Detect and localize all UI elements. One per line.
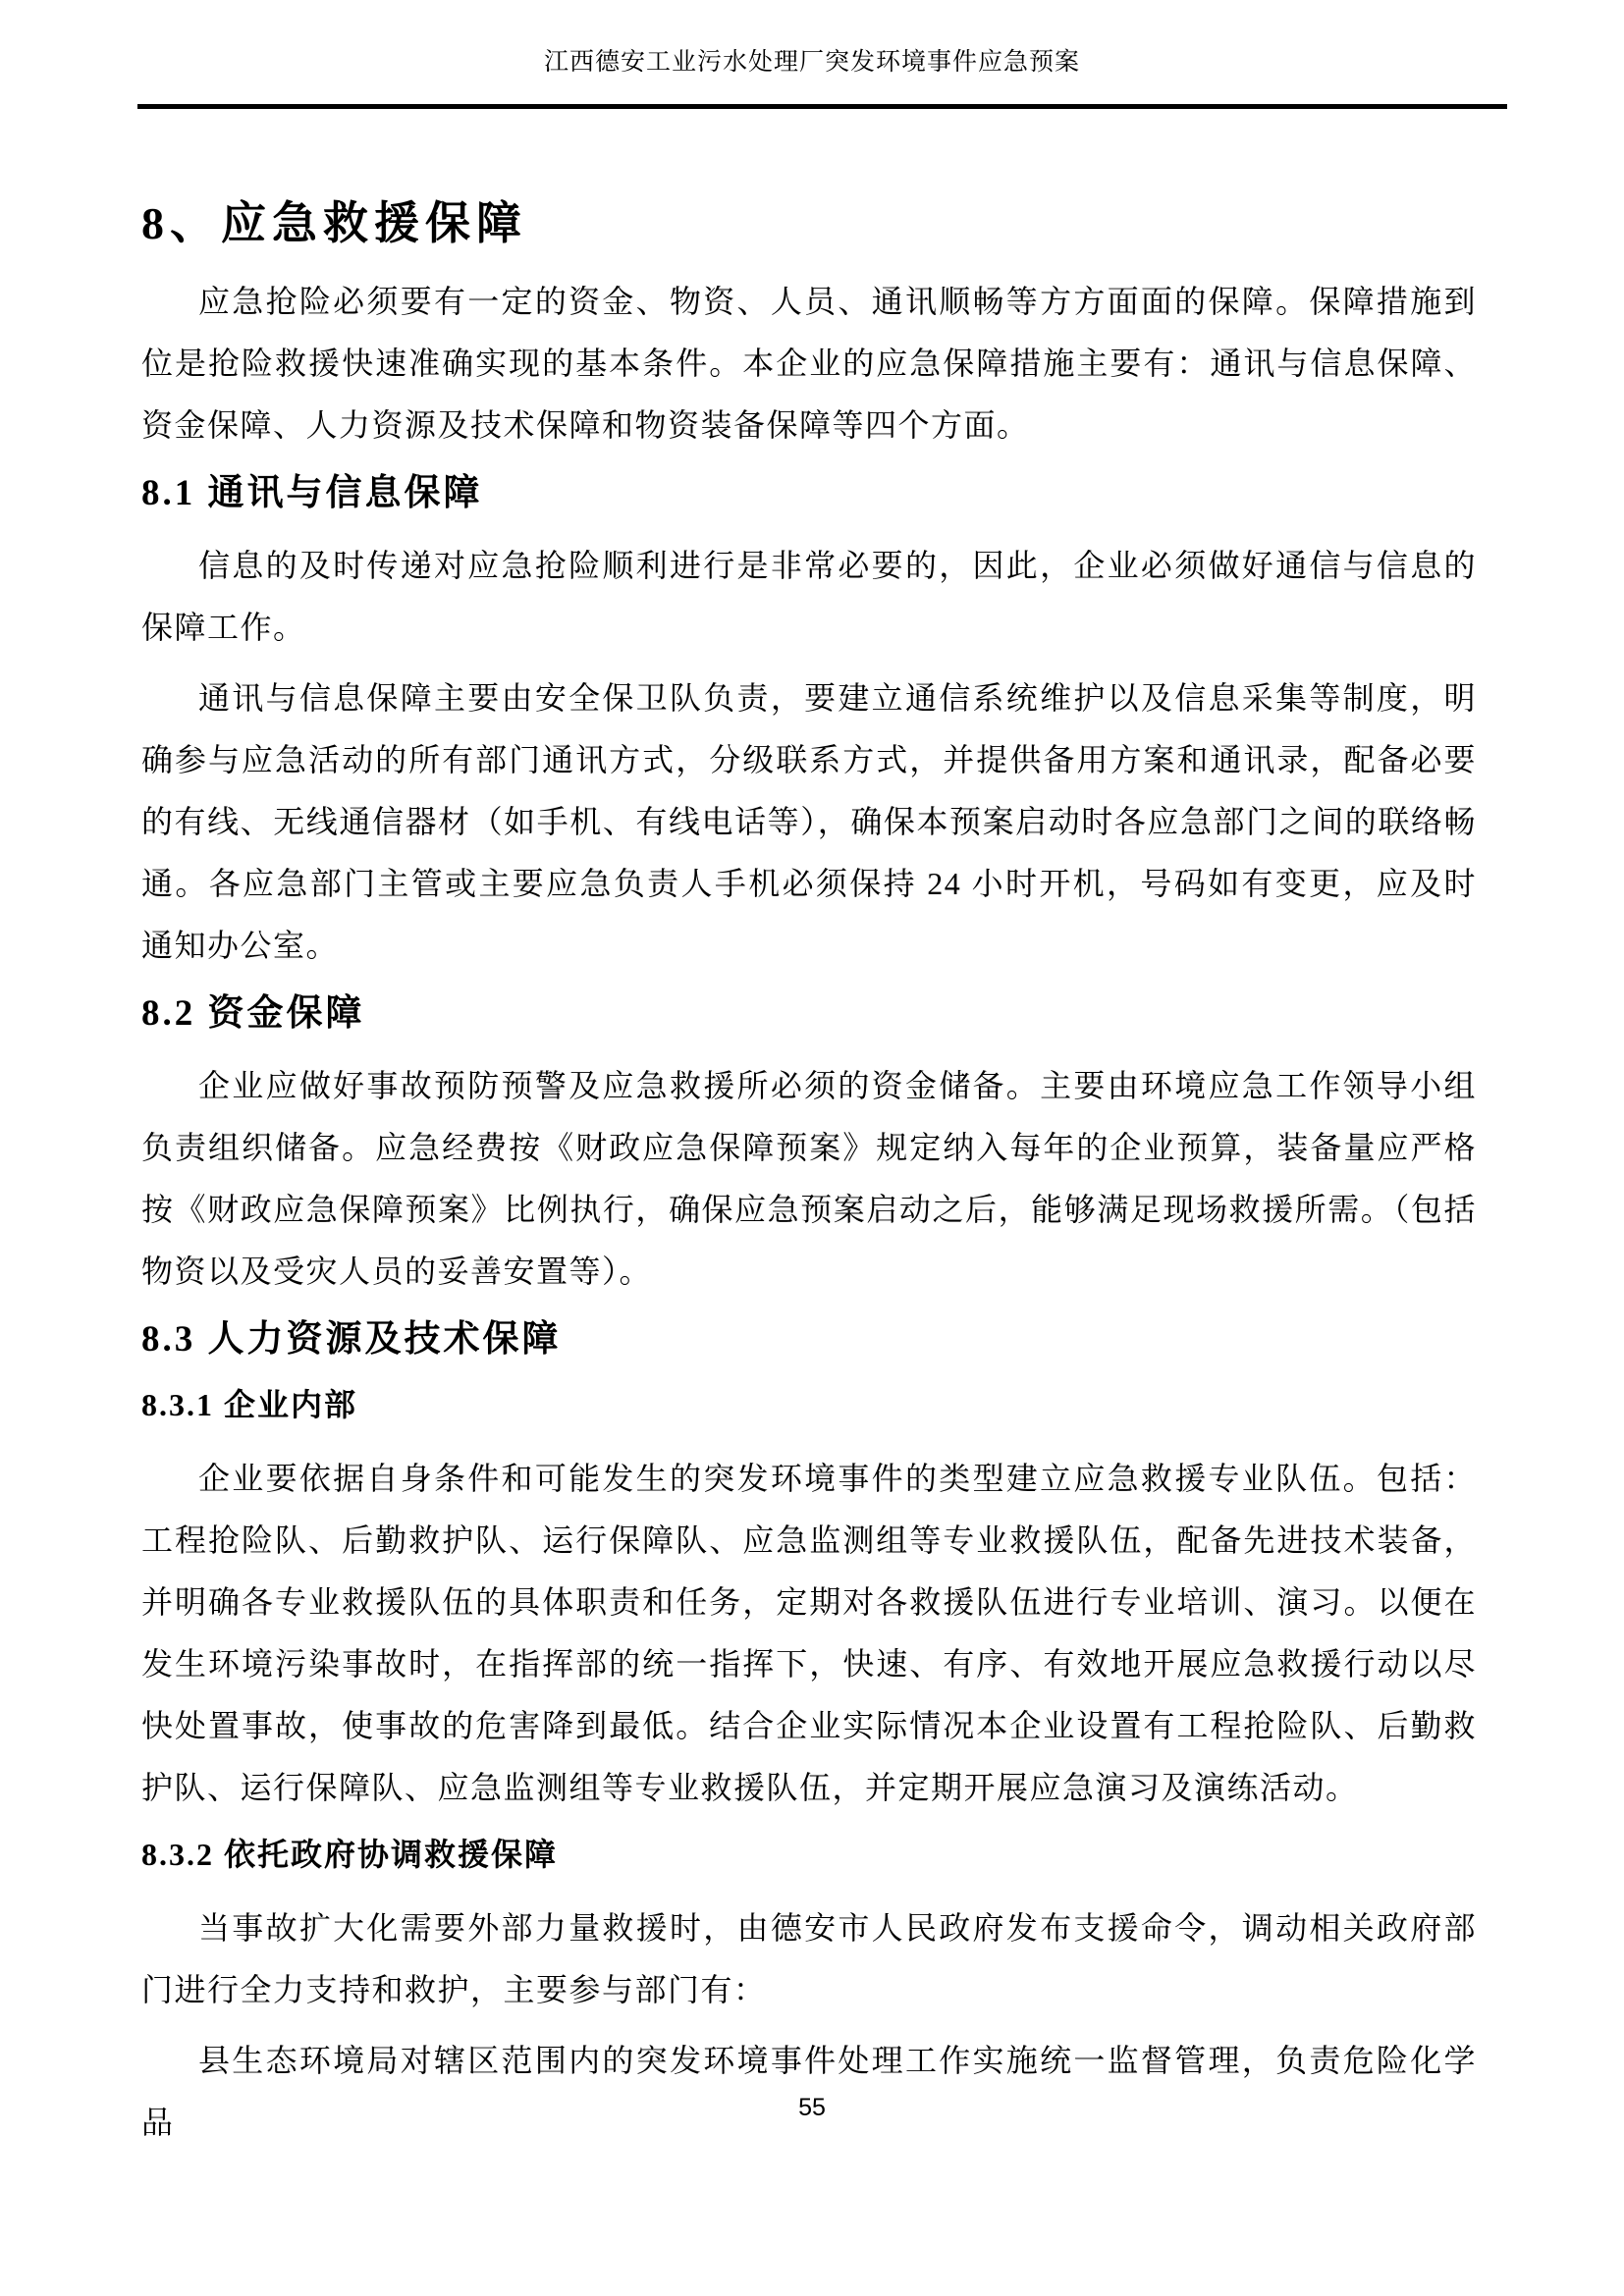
section-heading-8-2: 8.2 资金保障 [141,988,1477,1040]
running-header-title: 江西德安工业污水处理厂突发环境事件应急预案 [0,47,1624,79]
paragraph-8-3-1-detail: 企业要依据自身条件和可能发生的突发环境事件的类型建立应急救援专业队伍。包括：工程… [141,1448,1477,1819]
chapter-heading-8: 8、应急救援保障 [141,192,1477,255]
subsection-heading-8-3-2: 8.3.2 依托政府协调救援保障 [141,1831,1477,1878]
document-page: 江西德安工业污水处理厂突发环境事件应急预案 8、应急救援保障 应急抢险必须要有一… [0,0,1624,2296]
document-body: 8、应急救援保障 应急抢险必须要有一定的资金、物资、人员、通讯顺畅等方方面面的保… [141,192,1477,2163]
paragraph-8-1-detail: 通讯与信息保障主要由安全保卫队负责，要建立通信系统维护以及信息采集等制度，明确参… [141,667,1477,977]
paragraph-8-2-detail: 企业应做好事故预防预警及应急救援所必须的资金储备。主要由环境应急工作领导小组负责… [141,1055,1477,1303]
paragraph-8-1-intro: 信息的及时传递对应急抢险顺利进行是非常必要的，因此，企业必须做好通信与信息的保障… [141,535,1477,659]
subsection-heading-8-3-1: 8.3.1 企业内部 [141,1381,1477,1428]
paragraph-8-3-2-intro: 当事故扩大化需要外部力量救援时，由德安市人民政府发布支援命令，调动相关政府部门进… [141,1897,1477,2021]
paragraph-chapter-intro: 应急抢险必须要有一定的资金、物资、人员、通讯顺畅等方方面面的保障。保障措施到位是… [141,271,1477,456]
header-divider-rule [137,104,1507,109]
section-heading-8-3: 8.3 人力资源及技术保障 [141,1314,1477,1365]
paragraph-8-3-2-detail: 县生态环境局对辖区范围内的突发环境事件处理工作实施统一监督管理，负责危险化学品 [141,2030,1477,2154]
page-number: 55 [0,2093,1624,2122]
section-heading-8-1: 8.1 通讯与信息保障 [141,468,1477,519]
